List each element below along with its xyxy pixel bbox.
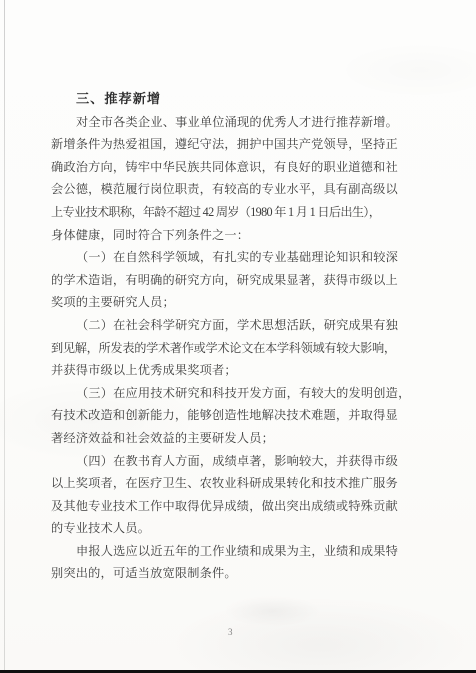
body-line: 会公德，模范履行岗位职责，有较高的专业水平，具有副高级以: [51, 178, 397, 201]
body-line: 有技术改造和创新能力，能够创造性地解决技术难题，并取得显: [51, 404, 397, 427]
body-line: （三）在应用技术研究和科技开发方面，有较大的发明创造，: [51, 382, 397, 405]
body-line: 到见解，所发表的学术著作或学术论文在本学科领域有较大影响，: [51, 337, 397, 360]
scanned-document-page: 三、推荐新增 对全市各类企业、事业单位涌现的优秀人才进行推荐新增。 新增条件为热…: [0, 0, 476, 673]
body-line: 及其他专业技术工作中取得优异成绩，做出突出成绩或特殊贡献: [51, 495, 397, 518]
section-heading: 三、推荐新增: [51, 88, 397, 111]
body-line: 对全市各类企业、事业单位涌现的优秀人才进行推荐新增。: [51, 111, 397, 134]
body-line: 新增条件为热爱祖国，遵纪守法，拥护中国共产党领导，坚持正: [51, 133, 397, 156]
body-line: （一）在自然科学领域，有扎实的专业基础理论知识和较深: [51, 246, 397, 269]
scan-left-edge-line: [4, 0, 5, 670]
body-line: 身体健康，同时符合下列条件之一：: [51, 224, 397, 247]
body-line: 以上奖项者，在医疗卫生、农牧业科研成果转化和技术推广服务: [51, 472, 397, 495]
body-line: 的学术造诣，有明确的研究方向，研究成果显著，获得市级以上: [51, 269, 397, 292]
page-number: 3: [228, 626, 233, 638]
body-line: 申报人选应以近五年的工作业绩和成果为主，业绩和成果特: [51, 540, 397, 563]
document-body: 三、推荐新增 对全市各类企业、事业单位涌现的优秀人才进行推荐新增。 新增条件为热…: [51, 88, 397, 585]
body-line: 著经济效益和社会效益的主要研发人员；: [51, 427, 397, 450]
body-line: （二）在社会科学研究方面，学术思想活跃，研究成果有独: [51, 314, 397, 337]
body-line: （四）在教书育人方面，成绩卓著，影响较大，并获得市级: [51, 450, 397, 473]
body-line: 上专业技术职称，年龄不超过 42 周岁（1980 年 1 月 1 日后出生），: [51, 201, 397, 224]
body-line: 的专业技术人员。: [51, 517, 397, 540]
body-line: 并获得市级以上优秀成果奖项者；: [51, 359, 397, 382]
body-line: 别突出的，可适当放宽限制条件。: [51, 562, 397, 585]
body-line: 确政治方向，铸牢中华民族共同体意识，有良好的职业道德和社: [51, 156, 397, 179]
body-line: 奖项的主要研究人员；: [51, 291, 397, 314]
